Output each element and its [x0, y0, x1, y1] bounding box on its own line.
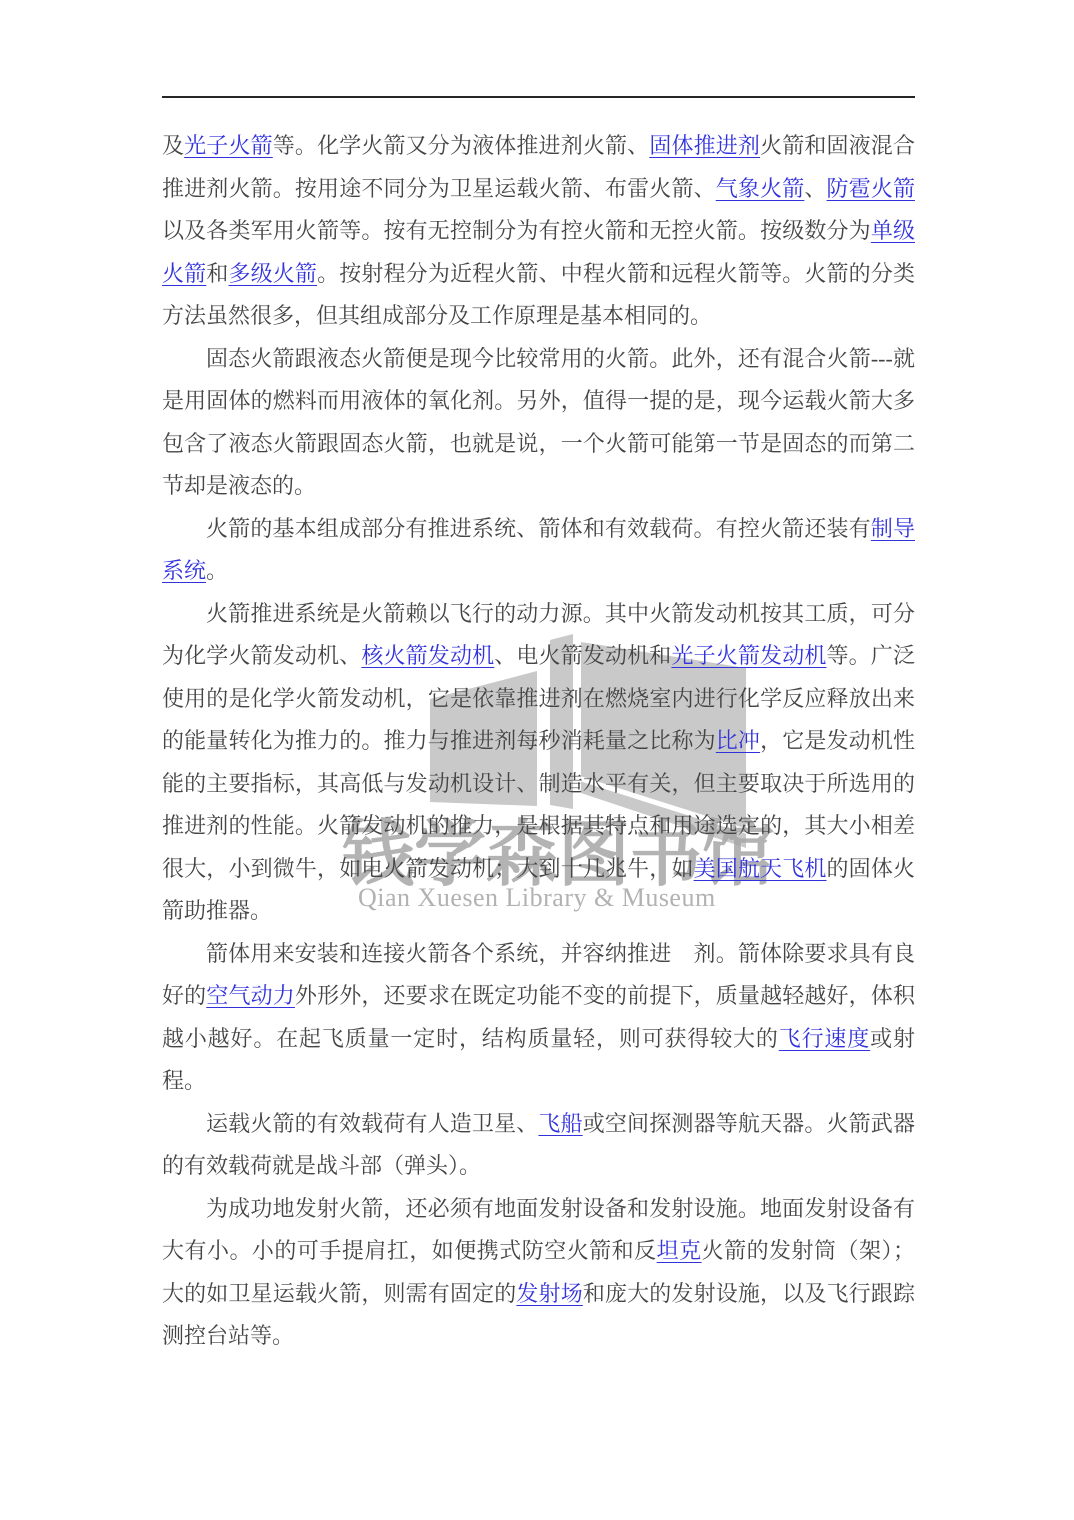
inline-link[interactable]: 飞行速度 [779, 1026, 870, 1051]
inline-link[interactable]: 比冲 [716, 728, 760, 753]
paragraph-text: 、电火箭发动机和 [494, 643, 671, 668]
inline-link[interactable]: 核火箭发动机 [361, 643, 494, 668]
header-rule [162, 96, 915, 98]
paragraph-text: 、 [804, 176, 826, 201]
inline-link[interactable]: 空气动力 [206, 983, 295, 1008]
paragraph-text: 及 [162, 133, 184, 158]
paragraph-text: 。 [206, 558, 228, 583]
paragraph-text: 固态火箭跟液态火箭便是现今比较常用的火箭。此外，还有混合火箭---就是用固体的燃… [162, 346, 915, 499]
document-page: 钱学森图书馆 Qian Xuesen Library & Museum 及光子火… [0, 0, 1074, 1520]
inline-link[interactable]: 固体推进剂 [649, 133, 760, 158]
paragraph-text: 和 [206, 261, 228, 286]
paragraph-text: 以及各类军用火箭等。按有无控制分为有控火箭和无控火箭。按级数分为 [162, 218, 871, 243]
inline-link[interactable]: 坦克 [657, 1238, 702, 1263]
inline-link[interactable]: 发射场 [516, 1281, 582, 1306]
inline-link[interactable]: 气象火箭 [716, 176, 805, 201]
paragraph: 固态火箭跟液态火箭便是现今比较常用的火箭。此外，还有混合火箭---就是用固体的燃… [162, 338, 915, 508]
document-body: 及光子火箭等。化学火箭又分为液体推进剂火箭、固体推进剂火箭和固液混合推进剂火箭。… [162, 125, 915, 1358]
paragraph: 箭体用来安装和连接火箭各个系统，并容纳推进 剂。箭体除要求具有良好的空气动力外形… [162, 933, 915, 1103]
paragraph-text: 等。化学火箭又分为液体推进剂火箭、 [273, 133, 650, 158]
paragraph: 火箭的基本组成部分有推进系统、箭体和有效载荷。有控火箭还装有制导系统。 [162, 508, 915, 593]
paragraph-text: 火箭的基本组成部分有推进系统、箭体和有效载荷。有控火箭还装有 [206, 516, 871, 541]
inline-link[interactable]: 多级火箭 [228, 261, 317, 286]
paragraph: 为成功地发射火箭，还必须有地面发射设备和发射设施。地面发射设备有大有小。小的可手… [162, 1188, 915, 1358]
paragraph: 及光子火箭等。化学火箭又分为液体推进剂火箭、固体推进剂火箭和固液混合推进剂火箭。… [162, 125, 915, 338]
paragraph-text: 运载火箭的有效载荷有人造卫星、 [206, 1111, 538, 1136]
inline-link[interactable]: 光子火箭 [184, 133, 273, 158]
inline-link[interactable]: 光子火箭发动机 [671, 643, 826, 668]
paragraph: 火箭推进系统是火箭赖以飞行的动力源。其中火箭发动机按其工质，可分为化学火箭发动机… [162, 593, 915, 933]
inline-link[interactable]: 美国航天飞机 [694, 856, 827, 881]
inline-link[interactable]: 飞船 [538, 1111, 582, 1136]
inline-link[interactable]: 防雹火箭 [827, 176, 915, 201]
paragraph: 运载火箭的有效载荷有人造卫星、飞船或空间探测器等航天器。火箭武器的有效载荷就是战… [162, 1103, 915, 1188]
